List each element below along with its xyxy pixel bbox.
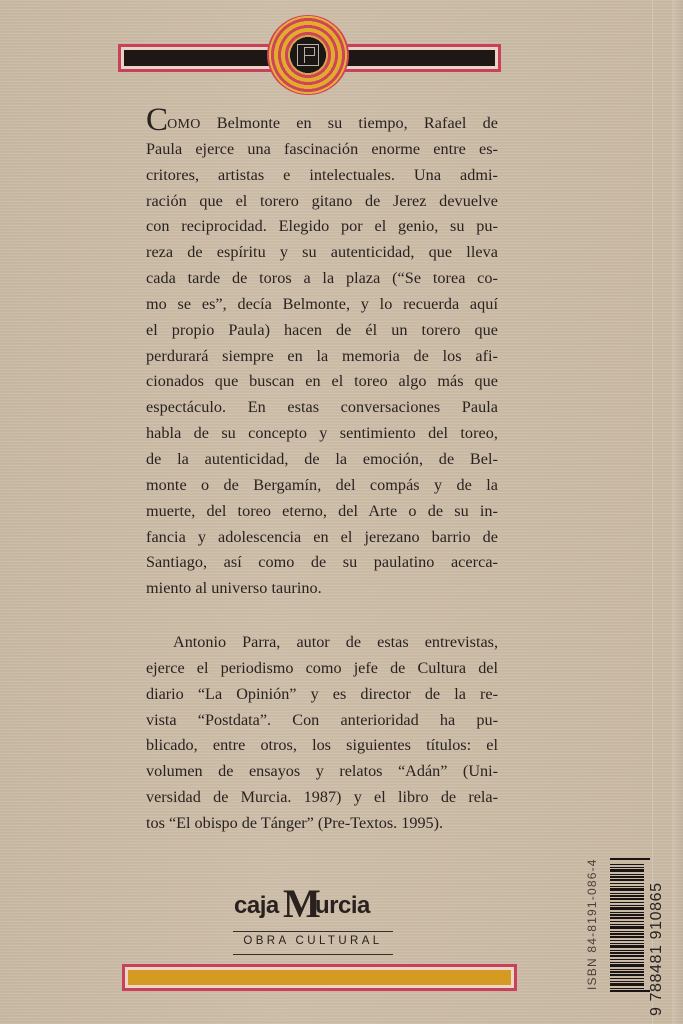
bio-line: vista “Postdata”. Con anterioridad ha pu… [146,708,498,734]
blurb-line: monte o de Bergamín, del compás y de la [146,473,498,499]
cajamurcia-wordmark: caja M urcia [233,882,393,926]
blurb-paragraph: COMO Belmonte en su tiempo, Rafael de Pa… [146,111,498,602]
bio-line: Antonio Parra, autor de estas entrevista… [146,630,498,656]
bottom-ornament-band-inner [128,970,511,985]
blurb-line: cada tarde de toros a la plaza (“Se tore… [146,266,498,292]
blurb-line: critores, artistas e intelectuales. Una … [146,163,498,189]
blurb-line: mo se es”, decía Belmonte, y lo recuerda… [146,292,498,318]
barcode-guard-bar [610,990,650,992]
blurb-line: cionados que buscan en el toreo algo más… [146,369,498,395]
blurb-line: miento al universo taurino. [146,576,498,602]
blurb-line: Santiago, así como de su paulatino acerc… [146,550,498,576]
bio-line: volumen de ensayos y relatos “Adán” (Uni… [146,759,498,785]
logo-caja: caja [234,892,279,920]
blurb-line: de la autenticidad, de la emoción, de Be… [146,447,498,473]
logo-rule-top [233,931,393,932]
author-bio-paragraph: Antonio Parra, autor de estas entrevista… [146,630,498,837]
obra-cultural-label: OBRA CULTURAL [233,935,393,947]
bio-line: blicado, entre otros, los siguientes tít… [146,733,498,759]
publisher-logo: caja M urcia OBRA CULTURAL [233,878,393,958]
bottom-ornament-band [122,964,517,991]
ean-number: 9 788481 910865 [648,882,666,1016]
logo-m-glyph: M [283,880,319,927]
blurb-line: fancia y adolescencia en el jerezano bar… [146,525,498,551]
bio-line: versidad de Murcia. 1987) y el libro de … [146,785,498,811]
blurb-line: perdurará siempre en la memoria de los a… [146,344,498,370]
publisher-emblem [267,15,349,95]
bio-line: diario “La Opinión” y es director de la … [146,682,498,708]
publisher-monogram-icon [297,44,319,66]
barcode-icon [610,862,644,992]
blurb-line: con reciprocidad. Elegido por el genio, … [146,214,498,240]
blurb-line: muerte, del toreo eterno, del Arte o de … [146,499,498,525]
bio-line: ejerce el periodismo como jefe de Cultur… [146,656,498,682]
isbn-label: ISBN 84-8191-086-4 [585,858,599,990]
logo-urcia: urcia [315,892,370,920]
barcode-guard-bar [610,858,650,860]
smallcaps-lead: OMO [167,117,201,132]
bio-line: tos “El obispo de Tánger” (Pre-Textos. 1… [146,811,498,837]
blurb-line: espectáculo. En estas conversaciones Pau… [146,395,498,421]
logo-rule-bottom [233,954,393,955]
drop-cap: C [146,102,168,138]
blurb-line: Paula ejerce una fascinación enorme entr… [146,137,498,163]
blurb-line: el propio Paula) hacen de él un torero q… [146,318,498,344]
blurb-line: reza de espíritu y su autenticidad, que … [146,240,498,266]
blurb-line: habla de su concepto y sentimiento del t… [146,421,498,447]
blurb-line: COMO Belmonte en su tiempo, Rafael de [146,111,498,137]
blurb-line: ración que el torero gitano de Jerez dev… [146,189,498,215]
